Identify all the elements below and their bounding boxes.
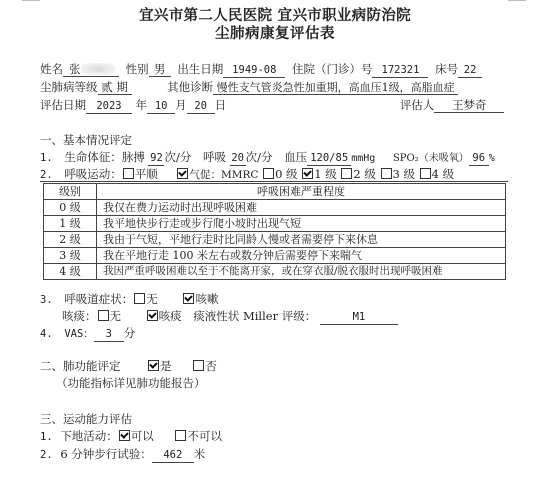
checkbox-can-walk[interactable] xyxy=(119,430,130,441)
bed-field[interactable]: 22 xyxy=(458,64,482,78)
checkbox-mmrc-4[interactable] xyxy=(420,168,431,179)
breathing-row-divider xyxy=(40,181,508,182)
vas-unit: 分 xyxy=(124,326,136,340)
breathing-label: 呼吸运动： xyxy=(64,167,122,181)
page-edge-mark-right xyxy=(508,0,526,1)
form-title: 尘肺病康复评估表 xyxy=(0,22,550,43)
checkbox-cannot-walk[interactable] xyxy=(175,430,186,441)
option-no-symptom: 无 xyxy=(146,292,158,306)
mobility-label: 下地活动： xyxy=(60,429,118,443)
mmrc-1-label: 1 级 xyxy=(314,167,336,181)
evaluator-label: 评估人 xyxy=(400,98,435,112)
vitals-row: 1. 生命体征：脉搏 92次/分 呼吸 20次/分 血压120/85mmHg S… xyxy=(40,149,495,167)
vitals-num: 1. xyxy=(40,152,53,164)
checkbox-sputum[interactable] xyxy=(147,310,158,321)
checkbox-shortness-of-breath[interactable] xyxy=(177,168,188,179)
sputum-row: 咳痰：无 咳痰 痰液性状 Miller 评级： M1 xyxy=(62,308,398,325)
mobility-row: 1. 下地活动：可以 不可以 xyxy=(40,428,222,445)
resp-label: 呼吸 xyxy=(203,150,226,164)
resp-field[interactable]: 20 xyxy=(230,152,246,166)
admission-field[interactable]: 172321 xyxy=(372,64,428,78)
walk-test-field[interactable]: 462 xyxy=(152,449,194,463)
desc-cell: 我由于气短，平地行走时比同龄人慢或者需要停下来休息 xyxy=(97,232,506,248)
header-grade: 级别 xyxy=(44,184,97,200)
section2-title: 二、肺功能评定 xyxy=(40,359,121,373)
mmrc-4-label: 4 级 xyxy=(432,167,454,181)
option-no: 否 xyxy=(205,359,217,373)
patient-info-row-1: 姓名张 性别男 出生日期1949-08 住院（门诊）号172321 床号22 xyxy=(40,61,482,78)
pulse-field[interactable]: 92 xyxy=(148,152,164,166)
checkbox-mmrc-0[interactable] xyxy=(263,168,274,179)
option-cough: 咳嗽 xyxy=(195,292,218,306)
vas-field[interactable]: 3 xyxy=(94,328,124,342)
name-label: 姓名 xyxy=(40,62,63,76)
evaluator-field[interactable]: 王梦奇 xyxy=(434,99,504,113)
mmrc-0-label: 0 级 xyxy=(275,167,297,181)
desc-cell: 我仅在费力运动时出现呼吸困难 xyxy=(97,200,506,216)
admission-label: 住院（门诊）号 xyxy=(292,62,373,76)
other-diagnosis-label: 其他诊断 xyxy=(167,80,213,94)
mobility-num: 1. xyxy=(40,431,53,443)
option-shortness-of-breath: 气促：MMRC xyxy=(189,169,258,181)
spo2-label: SPO₂（未吸氧） xyxy=(393,153,469,164)
eval-date-label: 评估日期 xyxy=(40,98,86,112)
eval-year-field[interactable]: 2023 xyxy=(86,100,132,114)
year-unit: 年 xyxy=(136,98,148,112)
breathing-num: 2. xyxy=(40,169,53,181)
section2-row: 二、肺功能评定 是 否 xyxy=(40,358,217,374)
grade-cell: 0 级 xyxy=(44,200,97,216)
desc-cell: 我平地快步行走或步行爬小坡时出现气短 xyxy=(97,216,506,232)
day-unit: 日 xyxy=(215,98,227,112)
vitals-label: 生命体征： xyxy=(64,150,122,164)
option-no-sputum: 无 xyxy=(110,309,122,323)
bed-label: 床号 xyxy=(435,62,458,76)
walk-test-row: 2. 6 分钟步行试验：462米 xyxy=(40,446,205,463)
resp-unit: 次/分 xyxy=(246,150,273,164)
walk-test-label: 6 分钟步行试验： xyxy=(60,447,151,461)
month-unit: 月 xyxy=(175,98,187,112)
checkbox-mmrc-2[interactable] xyxy=(341,168,352,179)
miller-label: 痰液性状 Miller 评级： xyxy=(193,309,316,323)
respiratory-row: 3. 呼吸道症状：无 咳嗽 xyxy=(40,291,218,308)
bp-unit: mmHg xyxy=(351,153,375,164)
sputum-label: 咳痰： xyxy=(62,309,97,323)
table-row: 4 级 我因严重呼吸困难以至于不能离开家，或在穿衣服/脱衣服时出现呼吸困难 xyxy=(44,264,506,280)
grade-cell: 1 级 xyxy=(44,216,97,232)
section2-note: （功能指标详见肺功能报告） xyxy=(56,375,206,391)
section3-title: 三、运动能力评估 xyxy=(40,411,132,427)
checkbox-no-symptom[interactable] xyxy=(134,293,145,304)
table-row: 3 级 我在平地行走 100 米左右或数分钟后需要停下来喘气 xyxy=(44,248,506,264)
bp-field[interactable]: 120/85 xyxy=(307,152,351,166)
redacted-name xyxy=(81,63,115,75)
vas-num: 4. xyxy=(40,328,53,340)
miller-field[interactable]: M1 xyxy=(320,311,398,325)
checkbox-no-sputum[interactable] xyxy=(98,310,109,321)
table-header-row: 级别 呼吸困难严重程度 xyxy=(44,184,506,200)
option-smooth: 平顺 xyxy=(135,167,158,181)
checkbox-lung-function-yes[interactable] xyxy=(148,360,159,371)
grade-cell: 4 级 xyxy=(44,264,97,280)
bp-label: 血压 xyxy=(284,150,307,164)
spo2-field[interactable]: 96 xyxy=(469,152,489,166)
gender-field[interactable]: 男 xyxy=(149,63,171,77)
patient-info-row-3: 评估日期2023 年10月20日 评估人王梦奇 xyxy=(40,97,504,114)
eval-day-field[interactable]: 20 xyxy=(187,100,215,114)
stage-label: 尘肺病等级 xyxy=(40,80,98,94)
checkbox-mmrc-3[interactable] xyxy=(381,168,392,179)
option-sputum: 咳痰 xyxy=(159,309,182,323)
birth-field[interactable]: 1949-08 xyxy=(223,64,285,78)
name-field[interactable]: 张 xyxy=(63,63,119,77)
checkbox-lung-function-no[interactable] xyxy=(193,360,204,371)
gender-label: 性别 xyxy=(126,62,149,76)
option-cannot: 不可以 xyxy=(187,429,222,443)
mmrc-scale-table: 级别 呼吸困难严重程度 0 级 我仅在费力运动时出现呼吸困难 1 级 我平地快步… xyxy=(43,183,506,280)
grade-cell: 2 级 xyxy=(44,232,97,248)
checkbox-mmrc-1[interactable] xyxy=(302,168,313,179)
other-diagnosis-field[interactable]: 慢性支气管炎急性加重期，高血压1级，高脂血症 xyxy=(213,81,458,95)
desc-cell: 我因严重呼吸困难以至于不能离开家，或在穿衣服/脱衣服时出现呼吸困难 xyxy=(97,264,506,280)
eval-month-field[interactable]: 10 xyxy=(147,100,175,114)
desc-cell: 我在平地行走 100 米左右或数分钟后需要停下来喘气 xyxy=(97,248,506,264)
section1-title: 一、基本情况评定 xyxy=(40,132,132,148)
option-can: 可以 xyxy=(131,429,154,443)
table-row: 2 级 我由于气短，平地行走时比同龄人慢或者需要停下来休息 xyxy=(44,232,506,248)
table-row: 1 级 我平地快步行走或步行爬小坡时出现气短 xyxy=(44,216,506,232)
walk-test-unit: 米 xyxy=(194,447,206,461)
mmrc-3-label: 3 级 xyxy=(393,167,415,181)
vas-row: 4. VAS：3分 xyxy=(40,325,135,342)
table-row: 0 级 我仅在费力运动时出现呼吸困难 xyxy=(44,200,506,216)
header-severity: 呼吸困难严重程度 xyxy=(97,184,506,200)
checkbox-cough[interactable] xyxy=(183,293,194,304)
checkbox-smooth[interactable] xyxy=(123,168,134,179)
pulse-label: 脉搏 xyxy=(122,150,145,164)
grade-cell: 3 级 xyxy=(44,248,97,264)
spo2-unit: % xyxy=(489,153,495,164)
walk-test-num: 2. xyxy=(40,449,53,461)
pulse-unit: 次/分 xyxy=(164,150,191,164)
vas-label: VAS： xyxy=(64,328,93,340)
respiratory-num: 3. xyxy=(40,294,53,306)
respiratory-label: 呼吸道症状： xyxy=(64,292,133,306)
patient-info-row-2: 尘肺病等级贰 期 其他诊断慢性支气管炎急性加重期，高血压1级，高脂血症 xyxy=(40,79,458,95)
birth-label: 出生日期 xyxy=(177,62,223,76)
stage-field[interactable]: 贰 期 xyxy=(98,81,132,95)
page-edge-mark-left xyxy=(22,0,40,1)
option-yes: 是 xyxy=(160,359,172,373)
mmrc-2-label: 2 级 xyxy=(353,167,375,181)
